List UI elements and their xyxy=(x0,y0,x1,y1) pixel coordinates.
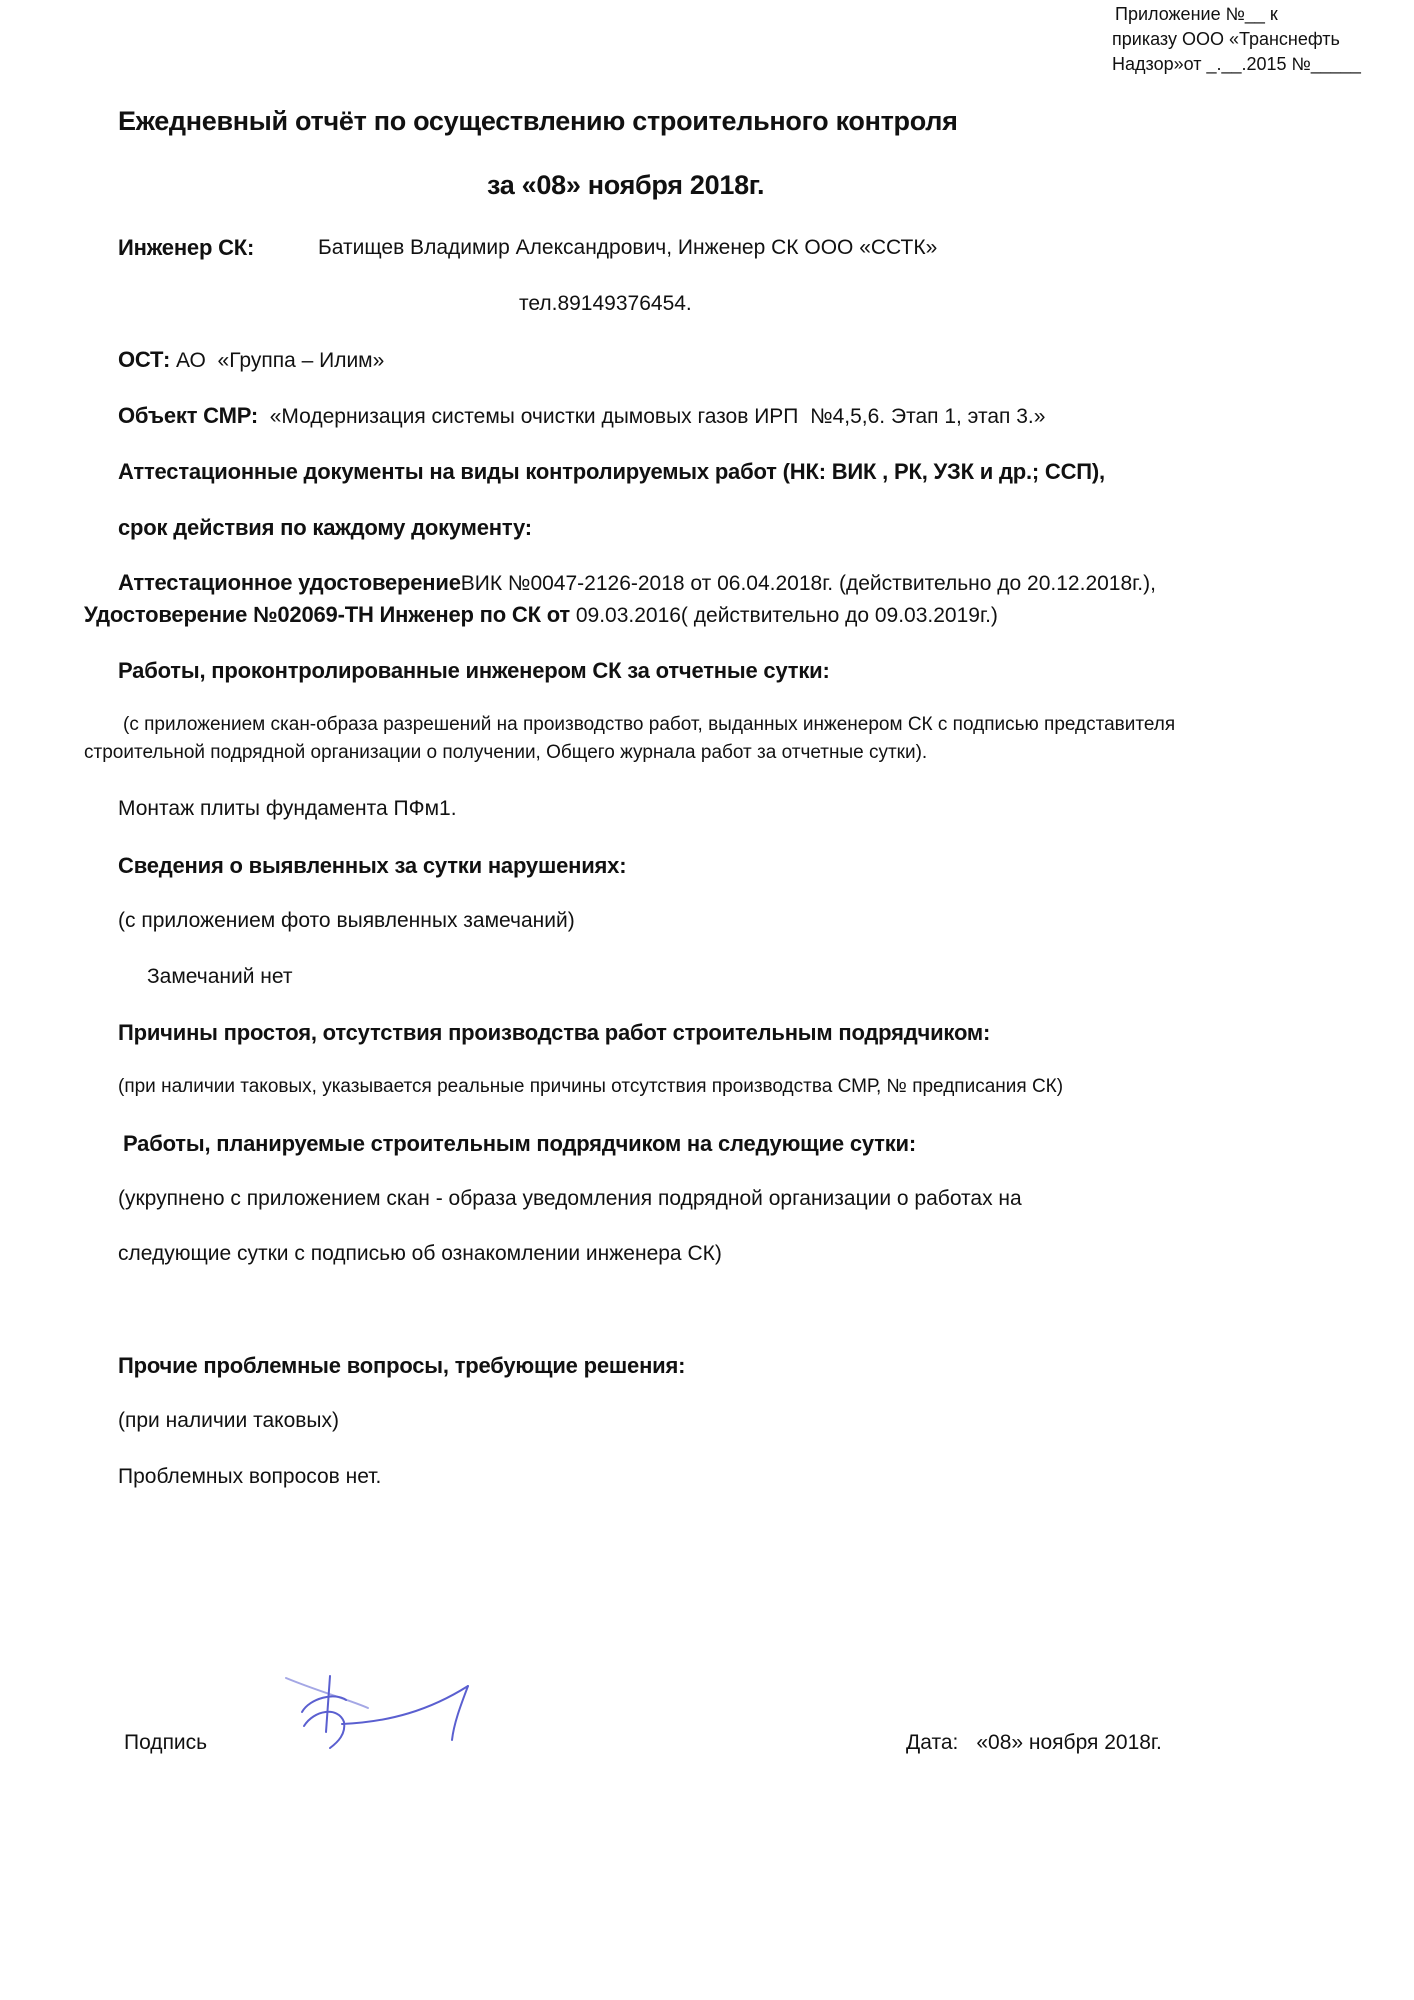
violations-value: Замечаний нет xyxy=(147,965,293,989)
attestation-doc-1: Аттестационное удостоверениеВИК №0047-21… xyxy=(118,570,1156,596)
attestation-heading-2: срок действия по каждому документу: xyxy=(118,515,532,541)
works-controlled-note-2: строительной подрядной организации о пол… xyxy=(84,742,927,764)
planned-note-2: следующие сутки с подписью об ознакомлен… xyxy=(118,1242,722,1266)
attestation-doc-1-value: ВИК №0047-2126-2018 от 06.04.2018г. (дей… xyxy=(461,572,1156,595)
attestation-doc-2: Удостоверение №02069-ТН Инженер по СК от… xyxy=(84,602,998,628)
ost-label: ОСТ: xyxy=(118,347,170,372)
problems-note: (при наличии таковых) xyxy=(118,1409,339,1433)
attestation-heading-1: Аттестационные документы на виды контрол… xyxy=(118,459,1105,485)
object-value: «Модернизация системы очистки дымовых га… xyxy=(258,405,1045,428)
attestation-doc-2-value: 09.03.2016( действительно до 09.03.2019г… xyxy=(570,604,998,627)
attestation-doc-2-label: Удостоверение №02069-ТН Инженер по СК от xyxy=(84,602,570,627)
report-date-title: за «08» ноября 2018г. xyxy=(487,170,764,201)
object-label: Объект СМР: xyxy=(118,403,258,428)
engineer-label: Инженер СК: xyxy=(118,235,254,261)
engineer-phone: тел.89149376454. xyxy=(519,292,692,316)
works-controlled-note-1: (с приложением скан-образа разрешений на… xyxy=(123,714,1175,736)
object-row: Объект СМР: «Модернизация системы очистк… xyxy=(118,403,1045,429)
date-label: Дата: xyxy=(906,1731,958,1754)
engineer-name: Батищев Владимир Александрович, Инженер … xyxy=(318,236,937,260)
appendix-line-1: Приложение №__ к xyxy=(1115,2,1361,27)
attestation-doc-1-label: Аттестационное удостоверение xyxy=(118,570,461,595)
ost-row: ОСТ: АО «Группа – Илим» xyxy=(118,347,384,373)
works-controlled-value: Монтаж плиты фундамента ПФм1. xyxy=(118,797,457,821)
appendix-header: Приложение №__ к приказу ООО «Транснефть… xyxy=(1115,2,1361,77)
violations-note: (с приложением фото выявленных замечаний… xyxy=(118,909,575,933)
problems-heading: Прочие проблемные вопросы, требующие реш… xyxy=(118,1353,685,1379)
downtime-heading: Причины простоя, отсутствия производства… xyxy=(118,1020,990,1046)
appendix-line-2: приказу ООО «Транснефть xyxy=(1112,27,1361,52)
date-value: «08» ноября 2018г. xyxy=(976,1731,1162,1754)
downtime-note: (при наличии таковых, указывается реальн… xyxy=(118,1076,1063,1098)
works-controlled-heading: Работы, проконтролированные инженером СК… xyxy=(118,658,830,684)
signature-label: Подпись xyxy=(124,1731,207,1755)
problems-value: Проблемных вопросов нет. xyxy=(118,1465,381,1489)
signature-image xyxy=(280,1670,490,1765)
planned-note-1: (укрупнено с приложением скан - образа у… xyxy=(118,1187,1022,1211)
planned-heading: Работы, планируемые строительным подрядч… xyxy=(123,1131,916,1157)
date-row: Дата:«08» ноября 2018г. xyxy=(906,1731,1162,1755)
appendix-line-3: Надзор»от _.__.2015 №_____ xyxy=(1112,52,1361,77)
page-title: Ежедневный отчёт по осуществлению строит… xyxy=(118,106,958,137)
ost-value: АО «Группа – Илим» xyxy=(170,349,384,372)
violations-heading: Сведения о выявленных за сутки нарушения… xyxy=(118,853,626,879)
